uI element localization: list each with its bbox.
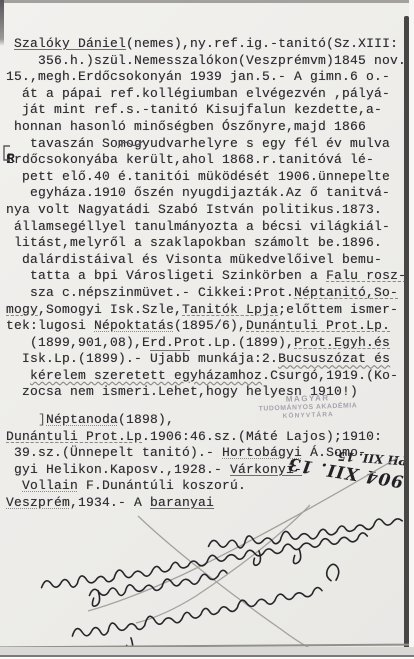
cursive-line-2 xyxy=(39,533,371,611)
pencil-and-cursive-marks-layer xyxy=(0,0,414,659)
card-paper: Szalóky Dániel(nemes),ny.ref.ig.-tanitó(… xyxy=(0,0,414,659)
scanned-card-photo: Szalóky Dániel(nemes),ny.ref.ig.-tanitó(… xyxy=(0,0,414,659)
photo-corner-shadow xyxy=(0,0,4,46)
cursive-note-lines xyxy=(39,517,404,659)
insertion-mark xyxy=(118,141,143,148)
photo-bottom-strip xyxy=(0,647,414,655)
photo-top-edge xyxy=(0,0,414,3)
photo-right-margin xyxy=(409,0,414,659)
margin-bracket-mark xyxy=(4,146,10,160)
